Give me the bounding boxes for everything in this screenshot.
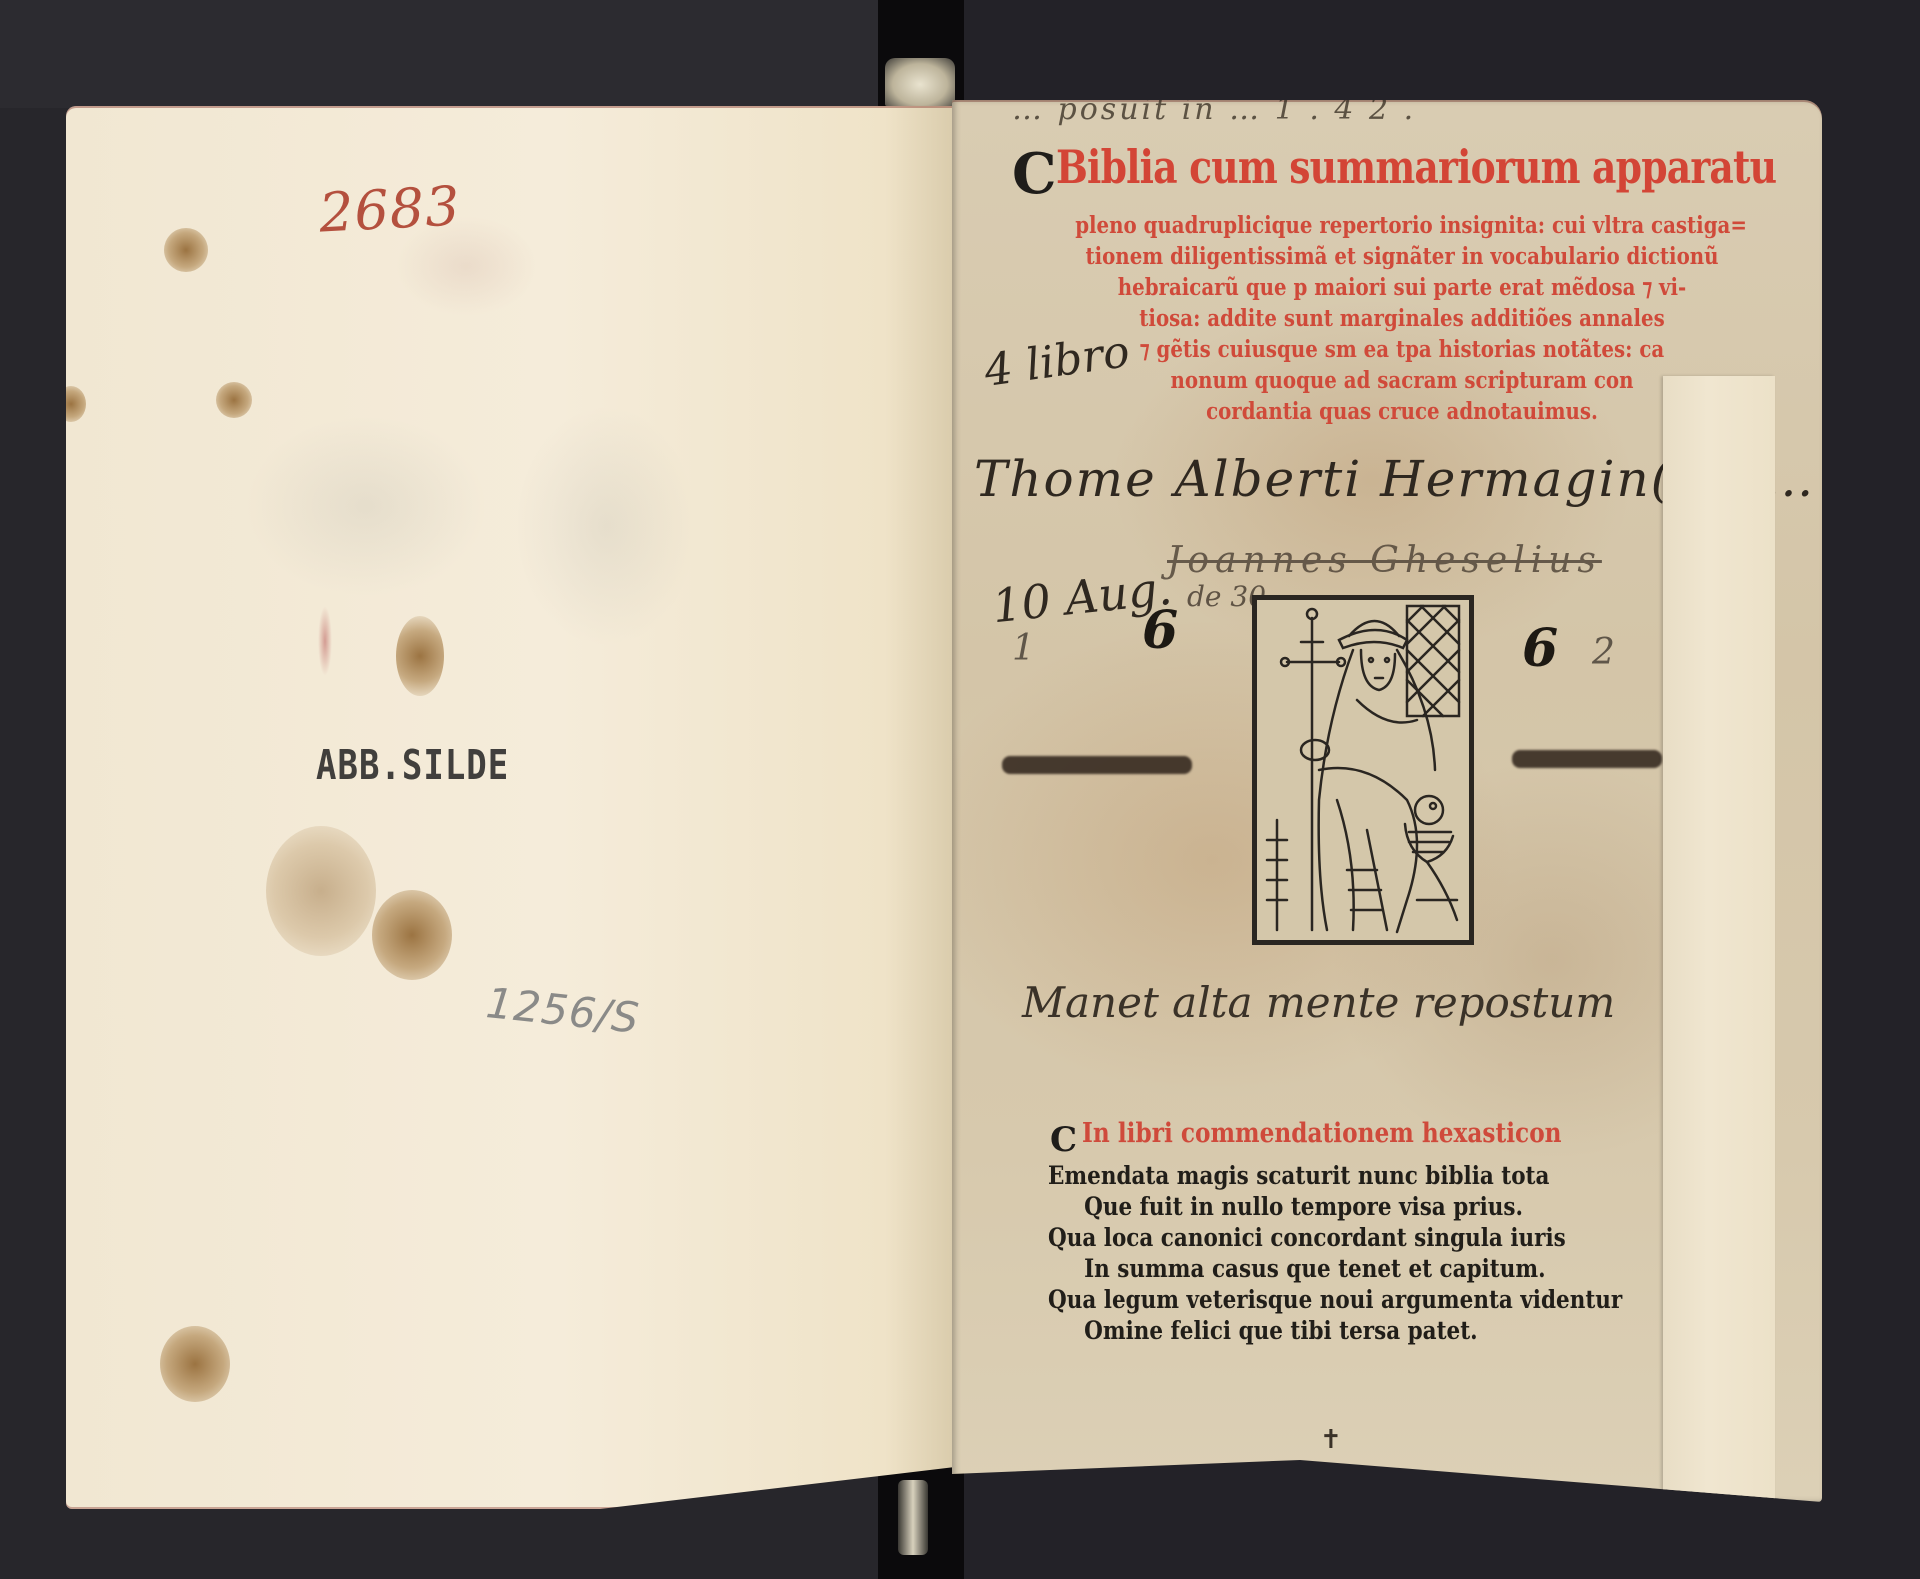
verse-line: Omine felici que tibi tersa patet. — [1048, 1315, 1622, 1346]
red-fleck — [318, 606, 332, 676]
title-line: ⁊ gẽtis cuiusque sm ea tpa historias not… — [1075, 334, 1729, 365]
title-main: Biblia cum summariorum apparatu — [1056, 140, 1776, 194]
verse-line: In summa casus que tenet et capitum. — [1048, 1253, 1622, 1284]
title-initial: C — [1012, 148, 1048, 200]
title-line: tionem diligentissimã et signãter in voc… — [1075, 241, 1729, 272]
library-stamp: ABB.SILDE — [316, 742, 509, 790]
number-right: 6 — [1522, 618, 1558, 679]
title-page: … posuit in … 1 . 4 2 . C Biblia cum sum… — [952, 100, 1822, 1502]
foxing-stain — [164, 228, 208, 272]
woodcut-saint-jerome — [1252, 595, 1474, 945]
title-line: hebraicarũ que p maiori sui parte erat m… — [1075, 272, 1729, 303]
verse-line: Qua legum veterisque noui argumenta vide… — [1048, 1284, 1622, 1315]
struck-out-inscription: Joannes Gheselius — [1167, 540, 1602, 581]
foxing-stain — [216, 382, 252, 418]
inserted-paper-strip — [1663, 376, 1775, 1502]
foxing-stain — [266, 826, 376, 956]
number-right-small: 2 — [1592, 632, 1615, 673]
verse-line: Qua loca canonici concordant singula iur… — [1048, 1222, 1622, 1253]
spine-headband-bottom — [898, 1480, 928, 1555]
shelfmark: 1256/S — [484, 978, 642, 1043]
ink-strikeout-left — [1002, 756, 1192, 774]
verse-line: Emendata magis scaturit nunc biblia tota — [1048, 1160, 1622, 1191]
verse-line: Que fuit in nullo tempore visa prius. — [1048, 1191, 1622, 1222]
title-line: pleno quadruplicique repertorio insignit… — [1075, 210, 1729, 241]
inventory-number: 2683 — [317, 174, 462, 244]
verse-hexastich: Emendata magis scaturit nunc biblia tota… — [1048, 1160, 1716, 1346]
foxing-stain — [160, 1326, 230, 1402]
woodcut-illustration-icon — [1257, 600, 1469, 940]
verse-initial: C — [1050, 1120, 1077, 1160]
title-line: tiosa: addite sunt marginales additiões … — [1075, 303, 1729, 334]
dark-background-top — [0, 0, 880, 108]
number-left-small: 1 — [1012, 628, 1035, 669]
verse-heading: In libri commendationem hexasticon — [1082, 1118, 1562, 1149]
handwritten-motto: Manet alta mente repostum — [1022, 978, 1615, 1027]
bottom-dagger-mark: ✝ — [1320, 1425, 1342, 1455]
spine-headband-top — [885, 58, 955, 106]
title-line: cordantia quas cruce adnotauimus. — [1075, 396, 1729, 427]
foxing-stain — [372, 890, 452, 980]
flyleaf-page: 2683 ABB.SILDE 1256/S — [66, 106, 956, 1509]
foxing-stain — [396, 616, 444, 696]
title-line: nonum quoque ad sacram scripturam con — [1075, 365, 1729, 396]
number-left: 6 — [1142, 600, 1178, 661]
ink-strikeout-right — [1512, 750, 1662, 768]
